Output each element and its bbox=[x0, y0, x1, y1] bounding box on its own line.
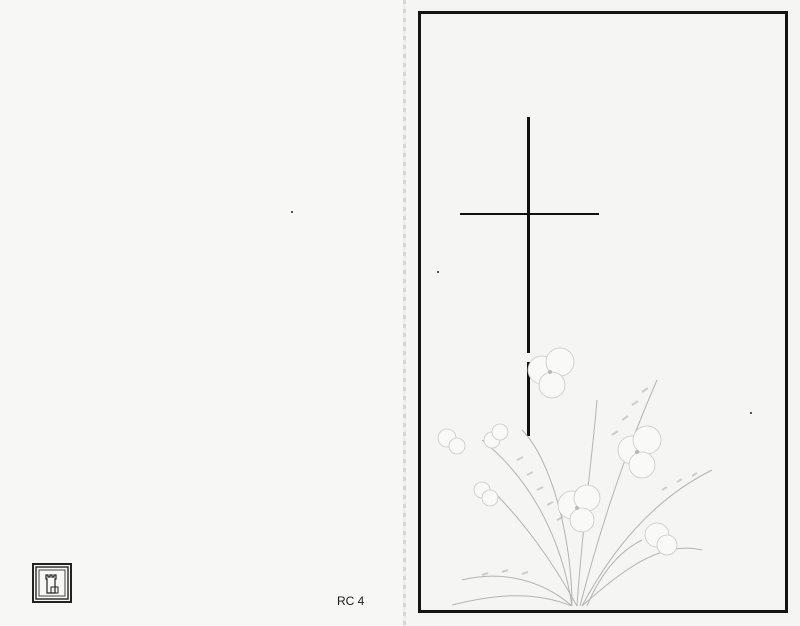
paper-speck bbox=[291, 211, 293, 213]
castle-tower-logo-icon bbox=[32, 563, 72, 603]
cross-horizontal bbox=[460, 213, 599, 215]
card-code-label: RC 4 bbox=[337, 594, 364, 608]
paper-speck bbox=[437, 271, 439, 273]
cross-vertical-upper bbox=[527, 117, 530, 353]
flower-bouquet-illustration bbox=[422, 340, 782, 606]
card-left-panel: RC 4 bbox=[0, 0, 404, 626]
paper-speck bbox=[750, 412, 752, 414]
